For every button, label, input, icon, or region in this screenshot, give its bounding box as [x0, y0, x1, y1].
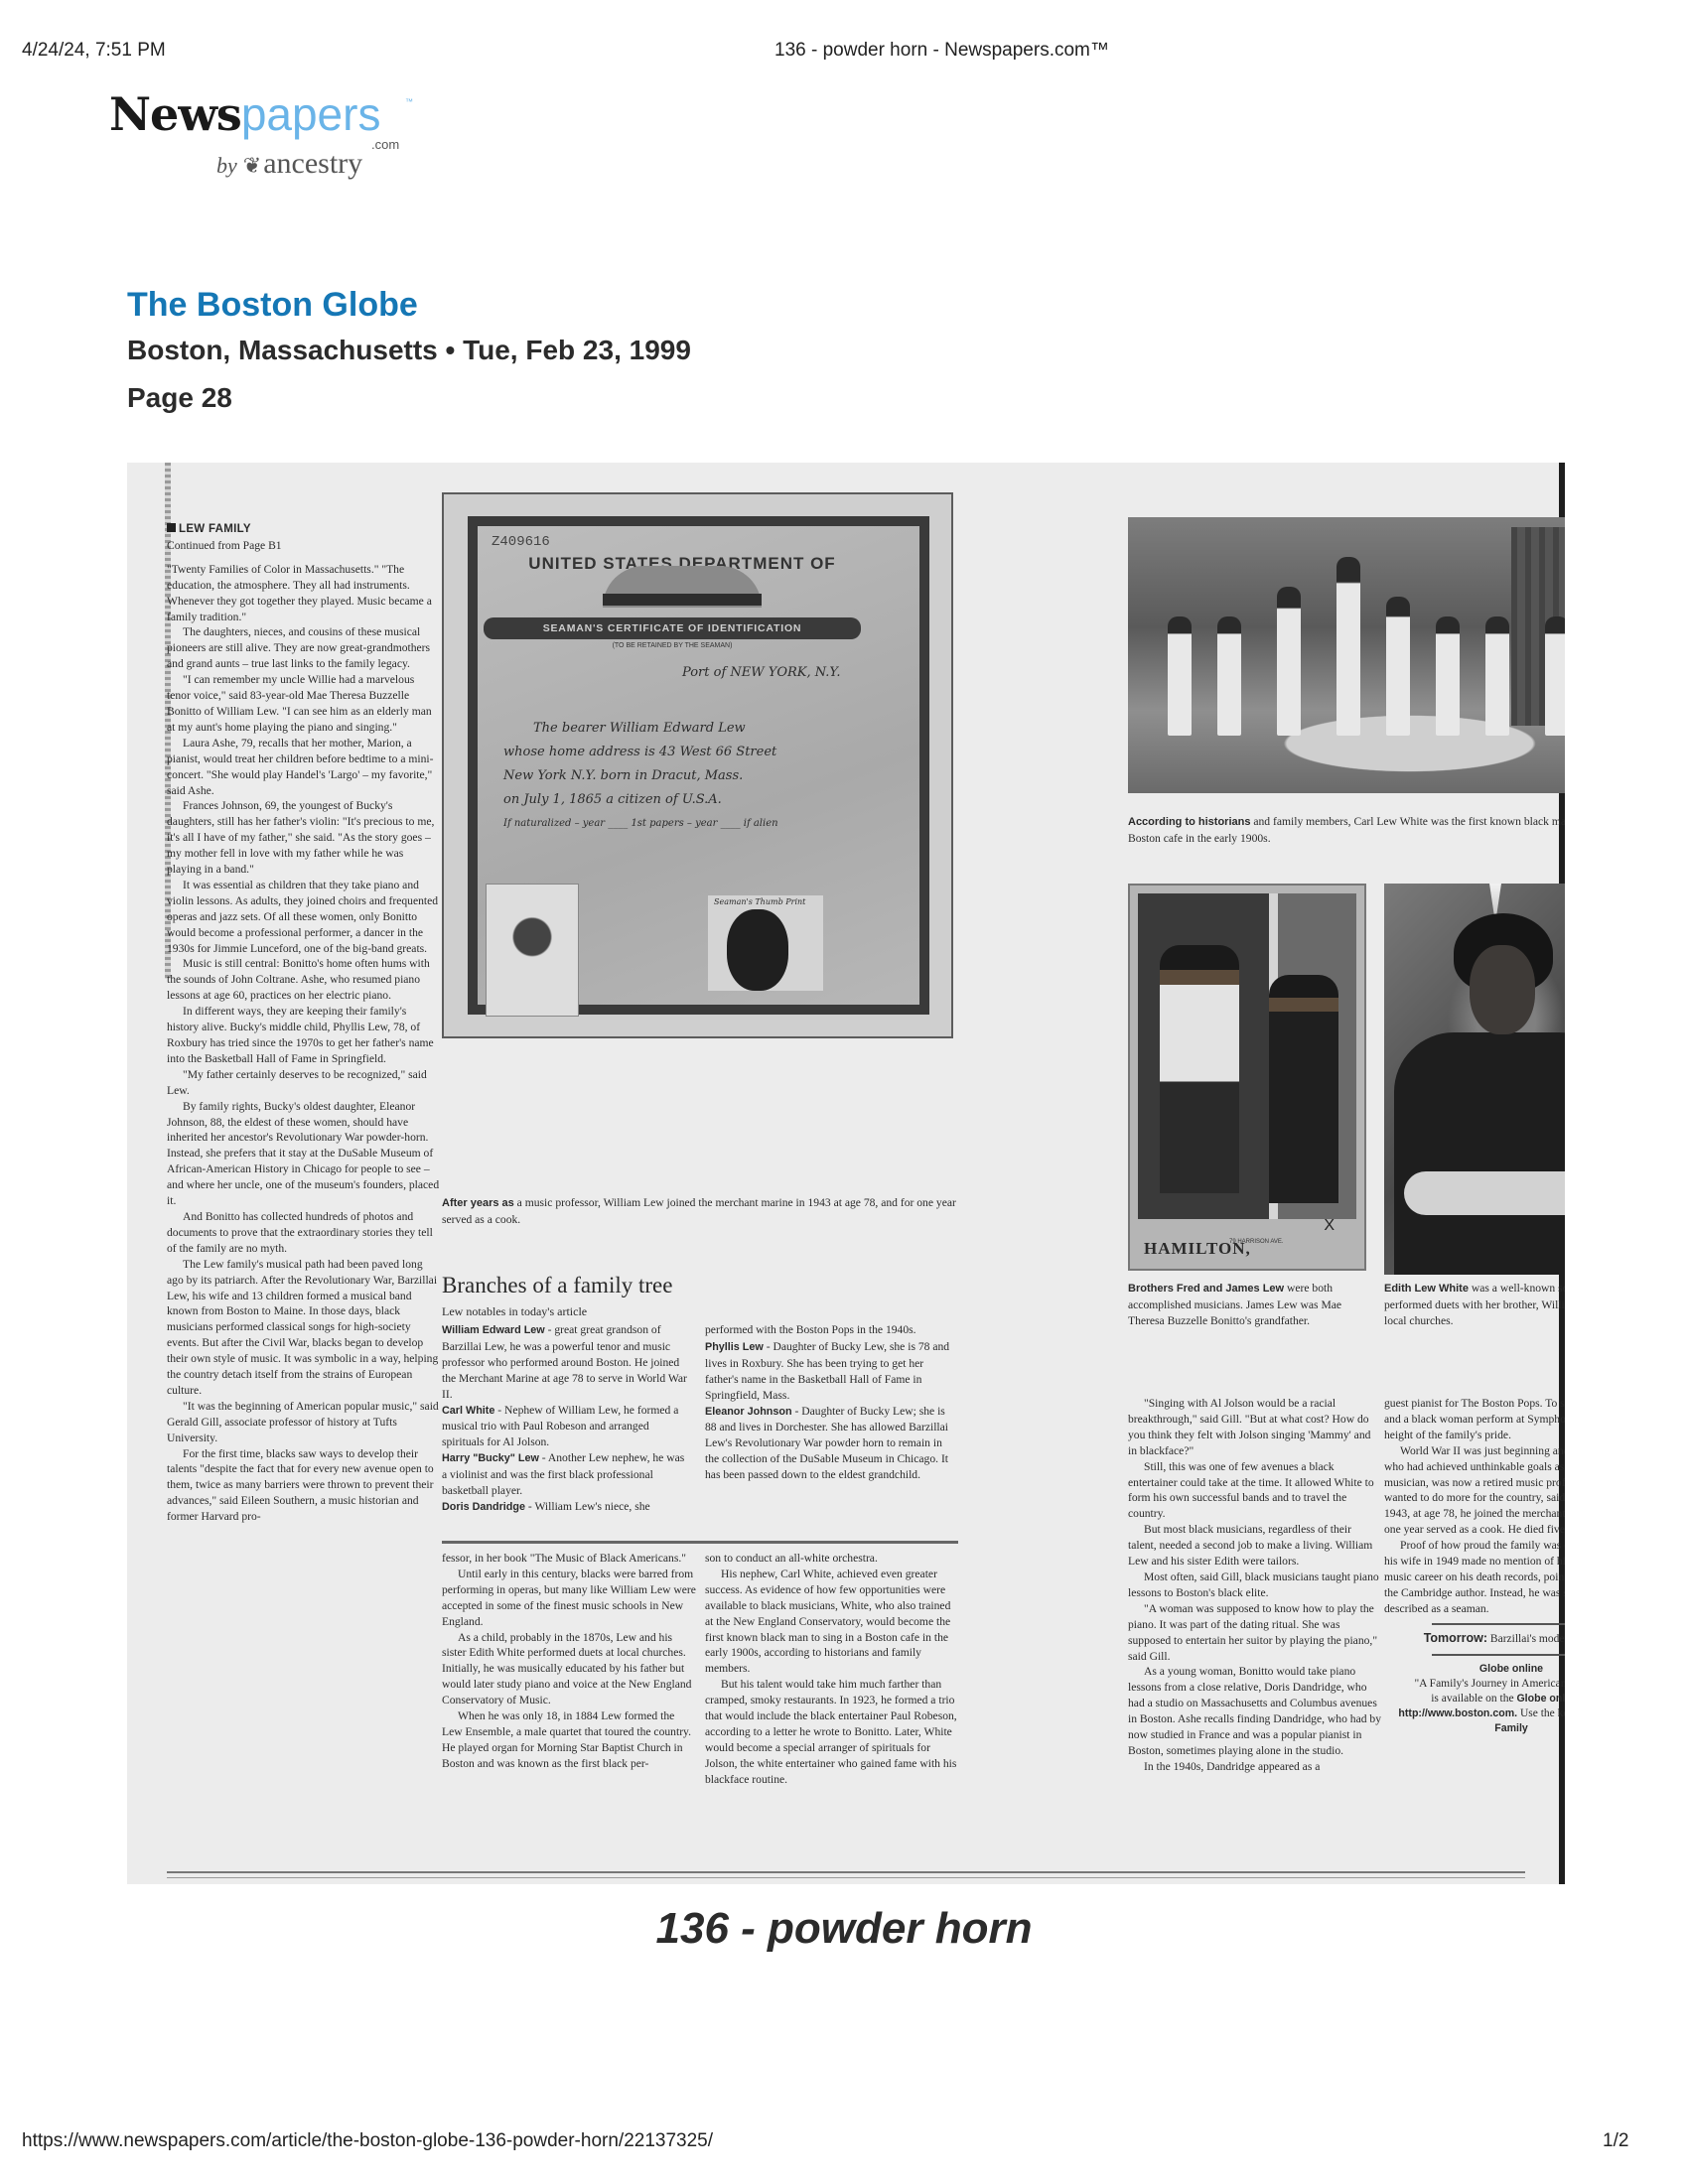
paragraph: By family rights, Bucky's oldest daughte…: [167, 1099, 440, 1209]
certificate-naturalized: If naturalized – year ____ 1st papers – …: [503, 818, 778, 829]
paragraph: Frances Johnson, 69, the youngest of Buc…: [167, 798, 440, 878]
tomorrow-teaser: Tomorrow: Barzillai's modern heirs: [1384, 1631, 1565, 1648]
logo-trademark: ™: [405, 97, 413, 106]
print-url[interactable]: https://www.newspapers.com/article/the-b…: [22, 2130, 713, 2152]
band-group-photo: [1128, 517, 1565, 793]
paragraph: "My father certainly deserves to be reco…: [167, 1067, 440, 1099]
family-entry: Doris Dandridge - William Lew's niece, s…: [442, 1499, 690, 1516]
newspaper-clipping: LEW FAMILY Continued from Page B1 "Twent…: [127, 463, 1565, 1884]
paragraph: His nephew, Carl White, achieved even gr…: [705, 1567, 959, 1677]
paragraph: In the 1940s, Dandridge appeared as a: [1128, 1759, 1382, 1775]
certificate-banner: SEAMAN'S CERTIFICATE OF IDENTIFICATION: [484, 617, 861, 639]
paragraph: And Bonitto has collected hundreds of ph…: [167, 1209, 440, 1257]
paragraph: "A woman was supposed to know how to pla…: [1128, 1601, 1382, 1665]
x-mark-icon: X: [1324, 1217, 1335, 1235]
family-entry: Carl White - Nephew of William Lew, he f…: [442, 1403, 690, 1451]
promo-divider: [1432, 1623, 1565, 1625]
family-entry: Eleanor Johnson - Daughter of Bucky Lew;…: [705, 1404, 953, 1484]
sidebar-subtitle: Lew notables in today's article: [442, 1304, 587, 1319]
seaman-certificate-image: Z409616 UNITED STATES DEPARTMENT OF COMM…: [442, 492, 953, 1038]
certificate-caption: After years as a music professor, Willia…: [442, 1195, 968, 1228]
certificate-bearer: The bearer William Edward Lew: [533, 721, 746, 736]
band-photo-caption: According to historians and family membe…: [1128, 814, 1565, 847]
paragraph: When he was only 18, in 1884 Lew formed …: [442, 1708, 696, 1772]
edith-lew-white-photo: [1384, 884, 1565, 1275]
paragraph: "Twenty Families of Color in Massachuset…: [167, 562, 440, 625]
photo-figure: [1336, 557, 1360, 736]
sidebar-left-column: William Edward Lew - great great grandso…: [442, 1322, 690, 1516]
photo-figure-face: [1470, 945, 1535, 1034]
photo-figure: [1168, 616, 1192, 736]
ship-hull-icon: [603, 594, 762, 606]
article-column-5: guest pianist for The Boston Pops. To se…: [1384, 1396, 1565, 1736]
paragraph: Most often, said Gill, black musicians t…: [1128, 1570, 1382, 1601]
seaman-portrait-photo: [486, 884, 579, 1017]
publication-title[interactable]: The Boston Globe: [127, 286, 418, 325]
photo-figure: [1277, 587, 1301, 736]
paragraph: For the first time, blacks saw ways to d…: [167, 1446, 440, 1526]
logo-by-ancestry: by❦ancestry: [216, 147, 362, 181]
clipping-title: 136 - powder horn: [0, 1904, 1688, 1954]
paragraph: guest pianist for The Boston Pops. To se…: [1384, 1396, 1565, 1443]
article-column-1: LEW FAMILY Continued from Page B1 "Twent…: [167, 522, 440, 1525]
logo-wordmark: Newspapers: [109, 87, 380, 141]
article-column-4: "Singing with Al Jolson would be a racia…: [1128, 1396, 1382, 1775]
paragraph: "I can remember my uncle Willie had a ma…: [167, 672, 440, 736]
certificate-address: whose home address is 43 West 66 Street: [503, 745, 776, 759]
print-page-count: 1/2: [1603, 2130, 1628, 2152]
brothers-photo-caption: Brothers Fred and James Lew were both ac…: [1128, 1281, 1376, 1329]
paragraph: Still, this was one of few avenues a bla…: [1128, 1459, 1382, 1523]
paragraph: Laura Ashe, 79, recalls that her mother,…: [167, 736, 440, 799]
edith-photo-caption: Edith Lew White was a well-known soprano…: [1384, 1281, 1565, 1329]
paragraph: son to conduct an all-white orchestra.: [705, 1551, 959, 1567]
kicker-square-icon: [167, 523, 176, 532]
paragraph: Proof of how proud the family was of his…: [1384, 1538, 1565, 1617]
certificate-port: Port of NEW YORK, N.Y.: [682, 665, 840, 680]
family-entry: William Edward Lew - great great grandso…: [442, 1322, 690, 1403]
newspapers-logo[interactable]: Newspapers ™ .com by❦ancestry: [109, 87, 427, 187]
paragraph: "Singing with Al Jolson would be a racia…: [1128, 1396, 1382, 1459]
paragraph: Music is still central: Bonitto's home o…: [167, 956, 440, 1004]
article-column-2: fessor, in her book "The Music of Black …: [442, 1551, 696, 1772]
sidebar-title: Branches of a family tree: [442, 1273, 672, 1298]
paragraph: In different ways, they are keeping thei…: [167, 1004, 440, 1067]
thumbprint-icon: [727, 909, 788, 991]
paragraph: Until early in this century, blacks were…: [442, 1567, 696, 1630]
paragraph: As a young woman, Bonitto would take pia…: [1128, 1664, 1382, 1758]
family-entry: Phyllis Lew - Daughter of Bucky Lew, she…: [705, 1339, 953, 1404]
brothers-photo: HAMILTON, 79 HARRISON AVE. X: [1128, 884, 1366, 1271]
article-column-3: son to conduct an all-white orchestra. H…: [705, 1551, 959, 1788]
paragraph: But most black musicians, regardless of …: [1128, 1522, 1382, 1570]
paragraph: It was essential as children that they t…: [167, 878, 440, 957]
photo-figure-arms: [1404, 1171, 1565, 1215]
sidebar-right-column: performed with the Boston Pops in the 19…: [705, 1322, 953, 1483]
publication-page: Page 28: [127, 382, 232, 414]
photo-figure: [1485, 616, 1509, 736]
promo-divider: [1432, 1654, 1565, 1656]
photo-figure-james: [1269, 975, 1338, 1203]
certificate-birth: on July 1, 1865 a citizen of U.S.A.: [503, 792, 722, 807]
certificate-serial: Z409616: [492, 534, 550, 550]
paragraph: But his talent would take him much farth…: [705, 1677, 959, 1787]
photo-figure-fred: [1160, 945, 1239, 1193]
photo-figure-dress: [1394, 1032, 1565, 1275]
paragraph: The Lew family's musical path had been p…: [167, 1257, 440, 1399]
certificate-city: New York N.Y. born in Dracut, Mass.: [503, 768, 743, 783]
photo-figure: [1436, 616, 1460, 736]
article-kicker: LEW FAMILY: [167, 522, 440, 538]
sidebar-divider: [442, 1541, 958, 1544]
family-entry: performed with the Boston Pops in the 19…: [705, 1322, 953, 1339]
photo-figure: [1217, 616, 1241, 736]
continued-from: Continued from Page B1: [167, 538, 440, 554]
clipping-bottom-rule: [167, 1871, 1525, 1878]
paragraph: "It was the beginning of American popula…: [167, 1399, 440, 1446]
print-datetime: 4/24/24, 7:51 PM: [22, 40, 166, 62]
logo-dotcom: .com: [371, 137, 399, 152]
paragraph: World War II was just beginning and Will…: [1384, 1443, 1565, 1538]
thumbprint-label: Seaman's Thumb Print: [714, 897, 805, 906]
certificate-subtitle: (TO BE RETAINED BY THE SEAMAN): [484, 642, 861, 649]
paragraph: The daughters, nieces, and cousins of th…: [167, 624, 440, 672]
ancestry-leaf-icon: ❦: [243, 153, 261, 179]
print-page-title: 136 - powder horn - Newspapers.com™: [774, 40, 1109, 62]
photographer-address: 79 HARRISON AVE.: [1229, 1239, 1284, 1245]
photo-figure: [1545, 616, 1565, 736]
paragraph: As a child, probably in the 1870s, Lew a…: [442, 1630, 696, 1709]
globe-online-promo: Globe online "A Family's Journey in Amer…: [1384, 1662, 1565, 1736]
family-entry: Harry "Bucky" Lew - Another Lew nephew, …: [442, 1450, 690, 1499]
photo-figure: [1386, 597, 1410, 736]
paragraph: fessor, in her book "The Music of Black …: [442, 1551, 696, 1567]
publication-location-date: Boston, Massachusetts • Tue, Feb 23, 199…: [127, 335, 691, 366]
